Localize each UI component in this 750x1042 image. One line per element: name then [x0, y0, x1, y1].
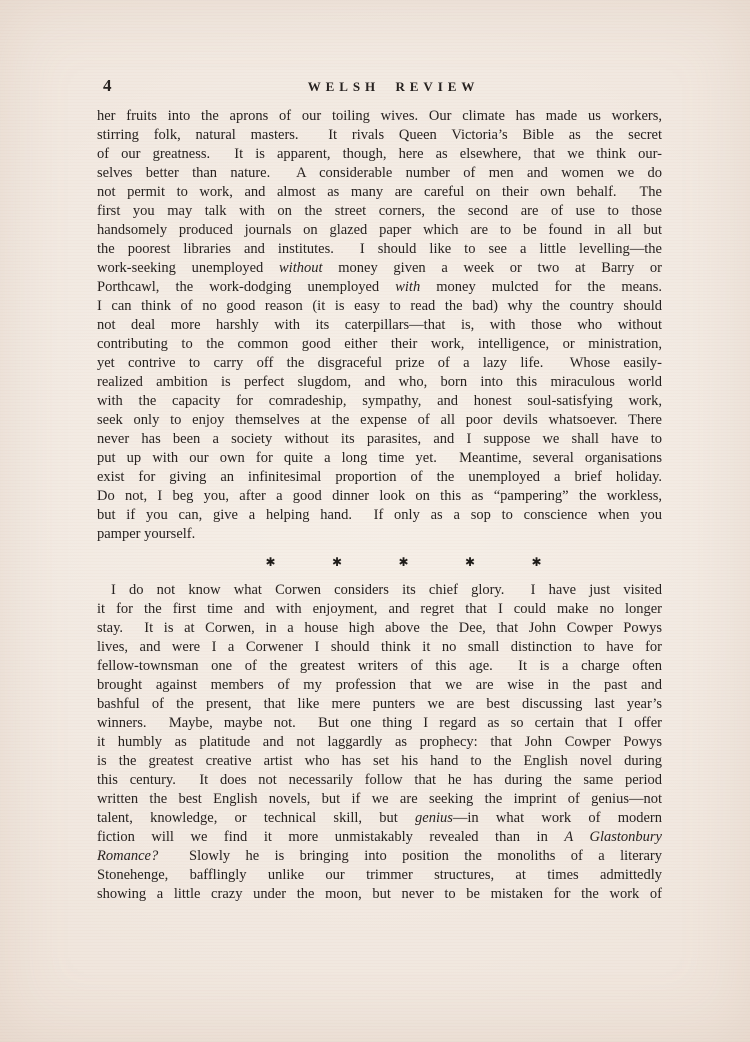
text-line: exist for giving an infinitesimal propor… — [97, 468, 662, 487]
text-line: I do not know what Corwen considers its … — [97, 581, 662, 600]
text-segment: never has been a society without its par… — [97, 431, 662, 447]
text-segment: money given a week or two at Barry or — [323, 260, 662, 276]
text-segment: it humbly as platitude and not laggardly… — [97, 734, 662, 750]
text-line: of our greatness. It is apparent, though… — [97, 145, 662, 164]
text-segment: Stonehenge, bafflingly unlike our trimme… — [97, 867, 662, 883]
text-segment: bashful of the present, that like mere p… — [97, 696, 662, 712]
text-segment: Do not, I beg you, after a good dinner l… — [97, 488, 662, 504]
text-line: her fruits into the aprons of our toilin… — [97, 107, 662, 126]
text-segment: but if you can, give a helping hand. If … — [97, 507, 662, 523]
text-line: lives, and were I a Corwener I should th… — [97, 638, 662, 657]
text-segment: with the capacity for comradeship, sympa… — [97, 393, 662, 409]
text-segment: lives, and were I a Corwener I should th… — [97, 639, 662, 655]
text-line: showing a little crazy under the moon, b… — [97, 885, 662, 904]
asterisk-icon: ✱ — [531, 556, 541, 568]
text-segment: of our greatness. It is apparent, though… — [97, 146, 662, 162]
text-segment: put up with our own for quite a long tim… — [97, 450, 662, 466]
journal-title: WELSH REVIEW — [308, 79, 480, 95]
text-segment: yet contrive to carry off the disgracefu… — [97, 355, 662, 371]
asterisk-icon: ✱ — [266, 556, 276, 568]
text-segment: I do not know what Corwen considers its … — [111, 582, 662, 598]
text-line: it for the first time and with enjoyment… — [97, 600, 662, 619]
text-segment: exist for giving an infinitesimal propor… — [97, 469, 662, 485]
text-segment: fellow-townsman one of the greatest writ… — [97, 658, 662, 674]
text-segment: talent, knowledge, or technical skill, b… — [97, 810, 415, 826]
running-header: 4 WELSH REVIEW — [97, 76, 662, 98]
text-line: winners. Maybe, maybe not. But one thing… — [97, 714, 662, 733]
text-segment: I can think of no good reason (it is eas… — [97, 298, 662, 314]
text-line: yet contrive to carry off the disgracefu… — [97, 354, 662, 373]
text-segment: this century. It does not necessarily fo… — [97, 772, 662, 788]
text-segment: it for the first time and with enjoyment… — [97, 601, 662, 617]
text-segment: seek only to enjoy themselves at the exp… — [97, 412, 662, 428]
text-line: with the capacity for comradeship, sympa… — [97, 392, 662, 411]
italic-text: A Glastonbury — [564, 829, 662, 845]
text-line: Romance? Slowly he is bringing into posi… — [97, 847, 662, 866]
text-line: not permit to work, and almost as many a… — [97, 183, 662, 202]
text-line: pamper yourself. — [97, 525, 662, 544]
text-line: brought against members of my profession… — [97, 676, 662, 695]
text-segment: is the greatest creative artist who has … — [97, 753, 662, 769]
text-segment: stirring folk, natural masters. It rival… — [97, 127, 662, 143]
body-paragraph-1: her fruits into the aprons of our toilin… — [97, 107, 662, 544]
italic-text: with — [395, 279, 420, 295]
text-line: first you may talk with on the street co… — [97, 202, 662, 221]
text-line: but if you can, give a helping hand. If … — [97, 506, 662, 525]
section-separator: ✱✱✱✱✱ — [266, 552, 542, 572]
text-line: Stonehenge, bafflingly unlike our trimme… — [97, 866, 662, 885]
body-paragraph-2: I do not know what Corwen considers its … — [97, 581, 662, 904]
asterisk-icon: ✱ — [465, 556, 475, 568]
text-line: is the greatest creative artist who has … — [97, 752, 662, 771]
text-segment: not permit to work, and almost as many a… — [97, 184, 662, 200]
page-number: 4 — [103, 76, 112, 96]
text-line: Do not, I beg you, after a good dinner l… — [97, 487, 662, 506]
text-line: this century. It does not necessarily fo… — [97, 771, 662, 790]
text-segment: contributing to the common good either t… — [97, 336, 662, 352]
text-line: fiction will we find it more unmistakabl… — [97, 828, 662, 847]
text-line: put up with our own for quite a long tim… — [97, 449, 662, 468]
text-segment: realized ambition is perfect slugdom, an… — [97, 374, 662, 390]
text-line: talent, knowledge, or technical skill, b… — [97, 809, 662, 828]
text-segment: the poorest libraries and institutes. I … — [97, 241, 662, 257]
text-line: written the best English novels, but if … — [97, 790, 662, 809]
text-line: realized ambition is perfect slugdom, an… — [97, 373, 662, 392]
text-segment: brought against members of my profession… — [97, 677, 662, 693]
text-line: selves better than nature. A considerabl… — [97, 164, 662, 183]
text-segment: money mulcted for the means. — [420, 279, 662, 295]
text-line: the poorest libraries and institutes. I … — [97, 240, 662, 259]
asterisk-icon: ✱ — [398, 556, 408, 568]
text-line: contributing to the common good either t… — [97, 335, 662, 354]
asterisk-icon: ✱ — [332, 556, 342, 568]
text-line: not deal more harshly with its caterpill… — [97, 316, 662, 335]
text-line: it humbly as platitude and not laggardly… — [97, 733, 662, 752]
text-segment: pamper yourself. — [97, 526, 195, 542]
text-line: seek only to enjoy themselves at the exp… — [97, 411, 662, 430]
text-line: Porthcawl, the work-dodging unemployed w… — [97, 278, 662, 297]
text-segment: written the best English novels, but if … — [97, 791, 662, 807]
text-segment: showing a little crazy under the moon, b… — [97, 886, 662, 902]
text-segment: work-seeking unemployed — [97, 260, 279, 276]
italic-text: genius — [415, 810, 453, 826]
text-segment: selves better than nature. A considerabl… — [97, 165, 662, 181]
text-segment: first you may talk with on the street co… — [97, 203, 662, 219]
text-line: I can think of no good reason (it is eas… — [97, 297, 662, 316]
text-line: handsomely produced journals on glazed p… — [97, 221, 662, 240]
text-segment: Slowly he is bringing into position the … — [158, 848, 662, 864]
text-segment: winners. Maybe, maybe not. But one thing… — [97, 715, 662, 731]
text-segment: handsomely produced journals on glazed p… — [97, 222, 662, 238]
text-line: stay. It is at Corwen, in a house high a… — [97, 619, 662, 638]
text-segment: her fruits into the aprons of our toilin… — [97, 108, 662, 124]
text-line: stirring folk, natural masters. It rival… — [97, 126, 662, 145]
text-segment: stay. It is at Corwen, in a house high a… — [97, 620, 662, 636]
text-segment: fiction will we find it more unmistakabl… — [97, 829, 564, 845]
text-segment: —in what work of modern — [453, 810, 662, 826]
text-line: never has been a society without its par… — [97, 430, 662, 449]
text-segment: not deal more harshly with its caterpill… — [97, 317, 662, 333]
italic-text: Romance? — [97, 848, 158, 864]
text-line: bashful of the present, that like mere p… — [97, 695, 662, 714]
text-line: work-seeking unemployed without money gi… — [97, 259, 662, 278]
text-segment: Porthcawl, the work-dodging unemployed — [97, 279, 395, 295]
italic-text: without — [279, 260, 323, 276]
text-line: fellow-townsman one of the greatest writ… — [97, 657, 662, 676]
